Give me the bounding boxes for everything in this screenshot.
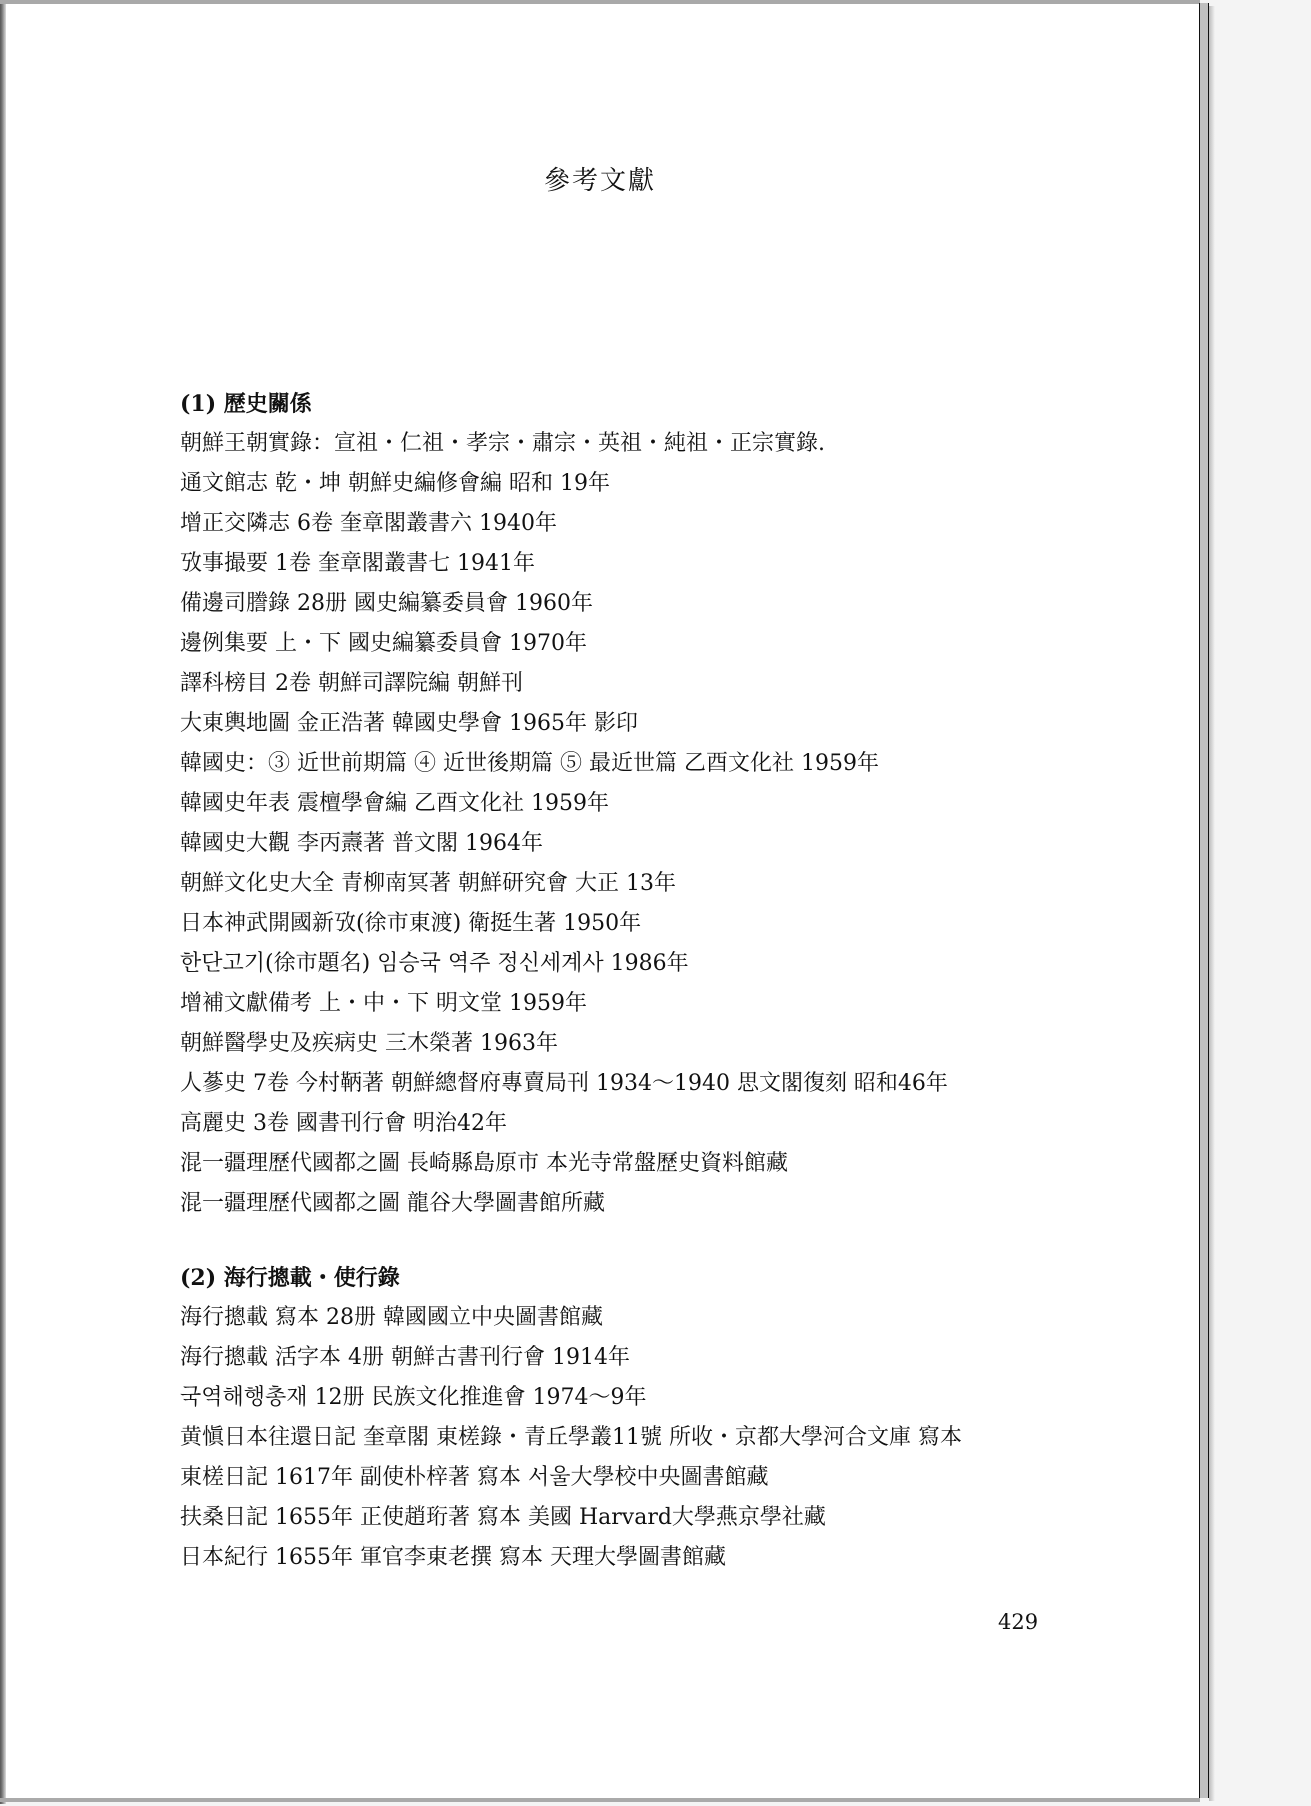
section-heading: (1) 歷史關係 [180, 384, 1080, 424]
page-left-edge [0, 4, 6, 1804]
bibliography-entry: 扶桑日記 1655年 正使趙珩著 寫本 美國 Harvard大學燕京學社藏 [180, 1498, 1080, 1538]
bibliography-entry: 人蔘史 7卷 今村鞆著 朝鮮總督府專賣局刊 1934～1940 思文閣復刻 昭和… [180, 1064, 1080, 1104]
bibliography-entry: 海行摠載 寫本 28册 韓國國立中央圖書館藏 [180, 1298, 1080, 1338]
bibliography-entry: 備邊司謄錄 28册 國史編纂委員會 1960年 [180, 584, 1080, 624]
page-number: 429 [998, 1610, 1038, 1634]
bibliography-entry: 日本紀行 1655年 軍官李東老撰 寫本 天理大學圖書館藏 [180, 1538, 1080, 1578]
bibliography-entry: 韓國史：③ 近世前期篇 ④ 近世後期篇 ⑤ 最近世篇 乙酉文化社 1959年 [180, 744, 1080, 784]
bibliography-entry: 高麗史 3卷 國書刊行會 明治42年 [180, 1104, 1080, 1144]
bibliography-entry: 混一疆理歷代國都之圖 龍谷大學圖書館所藏 [180, 1184, 1080, 1224]
bibliography-entry: 增補文獻備考 上・中・下 明文堂 1959年 [180, 984, 1080, 1024]
page-side-strip [1199, 3, 1209, 1798]
bibliography-content: (1) 歷史關係 朝鮮王朝實錄：宣祖・仁祖・孝宗・肅宗・英祖・純祖・正宗實錄. … [180, 384, 1080, 1578]
bibliography-entry: 韓國史年表 震檀學會編 乙酉文化社 1959年 [180, 784, 1080, 824]
section-spacer [180, 1224, 1080, 1258]
bibliography-entry: 混一疆理歷代國都之圖 長崎縣島原市 本光寺常盤歷史資料館藏 [180, 1144, 1080, 1184]
section-history: (1) 歷史關係 朝鮮王朝實錄：宣祖・仁祖・孝宗・肅宗・英祖・純祖・正宗實錄. … [180, 384, 1080, 1224]
bibliography-entry: 海行摠載 活字本 4册 朝鮮古書刊行會 1914年 [180, 1338, 1080, 1378]
bibliography-entry: 大東輿地圖 金正浩著 韓國史學會 1965年 影印 [180, 704, 1080, 744]
bibliography-entry: 日本神武開國新攷(徐市東渡) 衛挺生著 1950年 [180, 904, 1080, 944]
bibliography-entry: 通文館志 乾・坤 朝鮮史編修會編 昭和 19年 [180, 464, 1080, 504]
bibliography-entry: 朝鮮文化史大全 青柳南冥著 朝鮮研究會 大正 13年 [180, 864, 1080, 904]
bibliography-entry: 韓國史大觀 李丙燾著 普文閣 1964年 [180, 824, 1080, 864]
page-bottom-edge [0, 1798, 1200, 1802]
section-haehaeng: (2) 海行摠載・使行錄 海行摠載 寫本 28册 韓國國立中央圖書館藏 海行摠載… [180, 1258, 1080, 1578]
bibliography-entry: 국역해행총재 12册 民族文化推進會 1974～9年 [180, 1378, 1080, 1418]
bibliography-entry: 한단고기(徐市題名) 임승국 역주 정신세계사 1986年 [180, 944, 1080, 984]
bibliography-entry: 朝鮮王朝實錄：宣祖・仁祖・孝宗・肅宗・英祖・純祖・正宗實錄. [180, 424, 1080, 464]
bibliography-entry: 黄愼日本往還日記 奎章閣 東槎錄・青丘學叢11號 所收・京都大學河合文庫 寫本 [180, 1418, 1080, 1458]
document-page: 參考文獻 (1) 歷史關係 朝鮮王朝實錄：宣祖・仁祖・孝宗・肅宗・英祖・純祖・正… [0, 0, 1200, 1800]
page-shadow [1209, 6, 1215, 1801]
bibliography-entry: 東槎日記 1617年 副使朴梓著 寫本 서울大學校中央圖書館藏 [180, 1458, 1080, 1498]
bibliography-entry: 增正交隣志 6卷 奎章閣叢書六 1940年 [180, 504, 1080, 544]
bibliography-entry: 朝鮮醫學史及疾病史 三木榮著 1963年 [180, 1024, 1080, 1064]
bibliography-entry: 譯科榜目 2卷 朝鮮司譯院編 朝鮮刊 [180, 664, 1080, 704]
page-title: 參考文獻 [0, 160, 1200, 197]
bibliography-entry: 攷事撮要 1卷 奎章閣叢書七 1941年 [180, 544, 1080, 584]
bibliography-entry: 邊例集要 上・下 國史編纂委員會 1970年 [180, 624, 1080, 664]
section-heading: (2) 海行摠載・使行錄 [180, 1258, 1080, 1298]
